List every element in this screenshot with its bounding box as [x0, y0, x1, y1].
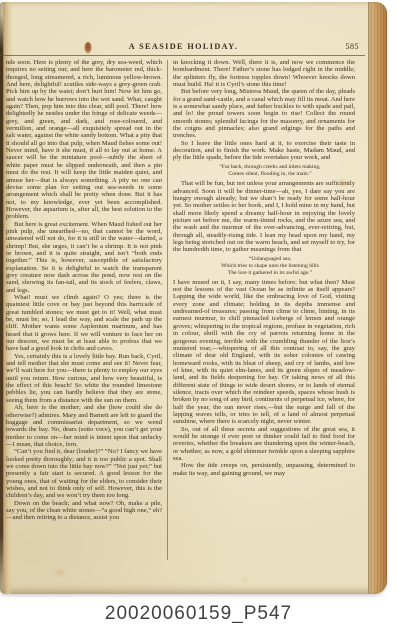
paragraph: Yes, certainly this is a lovely little b… — [6, 353, 162, 404]
book-page-photo: A SEASIDE HOLIDAY. 585 nds soon. Here is… — [0, 2, 387, 594]
header-rule — [0, 55, 365, 56]
paragraph: That will be fun, but not unless your ar… — [173, 180, 355, 253]
paragraph: Down on the beach; and what now? Oh, mak… — [6, 500, 162, 522]
right-column: in knocking it down. Well, there it is, … — [173, 59, 355, 477]
paragraph: I have mused on it, I say, many times be… — [173, 279, 355, 426]
column-divider-rule — [167, 60, 168, 560]
catalog-number-label: 20020060159_P547 — [0, 603, 397, 625]
paragraph: Ah, here is the mother; and she (how cou… — [6, 404, 162, 448]
paragraph: How the tide creeps on, persistently, un… — [173, 462, 355, 477]
paragraph: nds soon. Here is plenty of the grey, dr… — [6, 59, 162, 221]
page-title: A SEASIDE HOLIDAY. — [6, 42, 361, 51]
paragraph: What! must we climb again? O yes; there … — [6, 294, 162, 353]
page-fore-edge — [368, 2, 387, 594]
paragraph: So I leave the little ones hard at it, t… — [173, 140, 355, 162]
verse-quote: “Unlanguaged sea,Which tries to shape un… — [173, 256, 355, 276]
paragraph: “Can’t you find it, dear (louder)?” “No?… — [6, 448, 162, 499]
text-columns: nds soon. Here is plenty of the grey, dr… — [6, 59, 361, 565]
paragraph: So, out of all these secrets and suggest… — [173, 426, 355, 463]
paragraph: in knocking it down. Well, there it is, … — [173, 59, 355, 88]
left-column: nds soon. Here is plenty of the grey, dr… — [6, 59, 162, 522]
paragraph: But before very long, Mistress Maud, the… — [173, 88, 355, 139]
running-header: A SEASIDE HOLIDAY. 585 — [6, 42, 361, 54]
page-number: 585 — [346, 42, 360, 51]
verse-quote: “Far back, through creeks and inlets mak… — [173, 164, 355, 177]
printed-page: A SEASIDE HOLIDAY. 585 nds soon. Here is… — [6, 2, 361, 594]
paragraph: But here is great excitement. When Maud … — [6, 221, 162, 294]
